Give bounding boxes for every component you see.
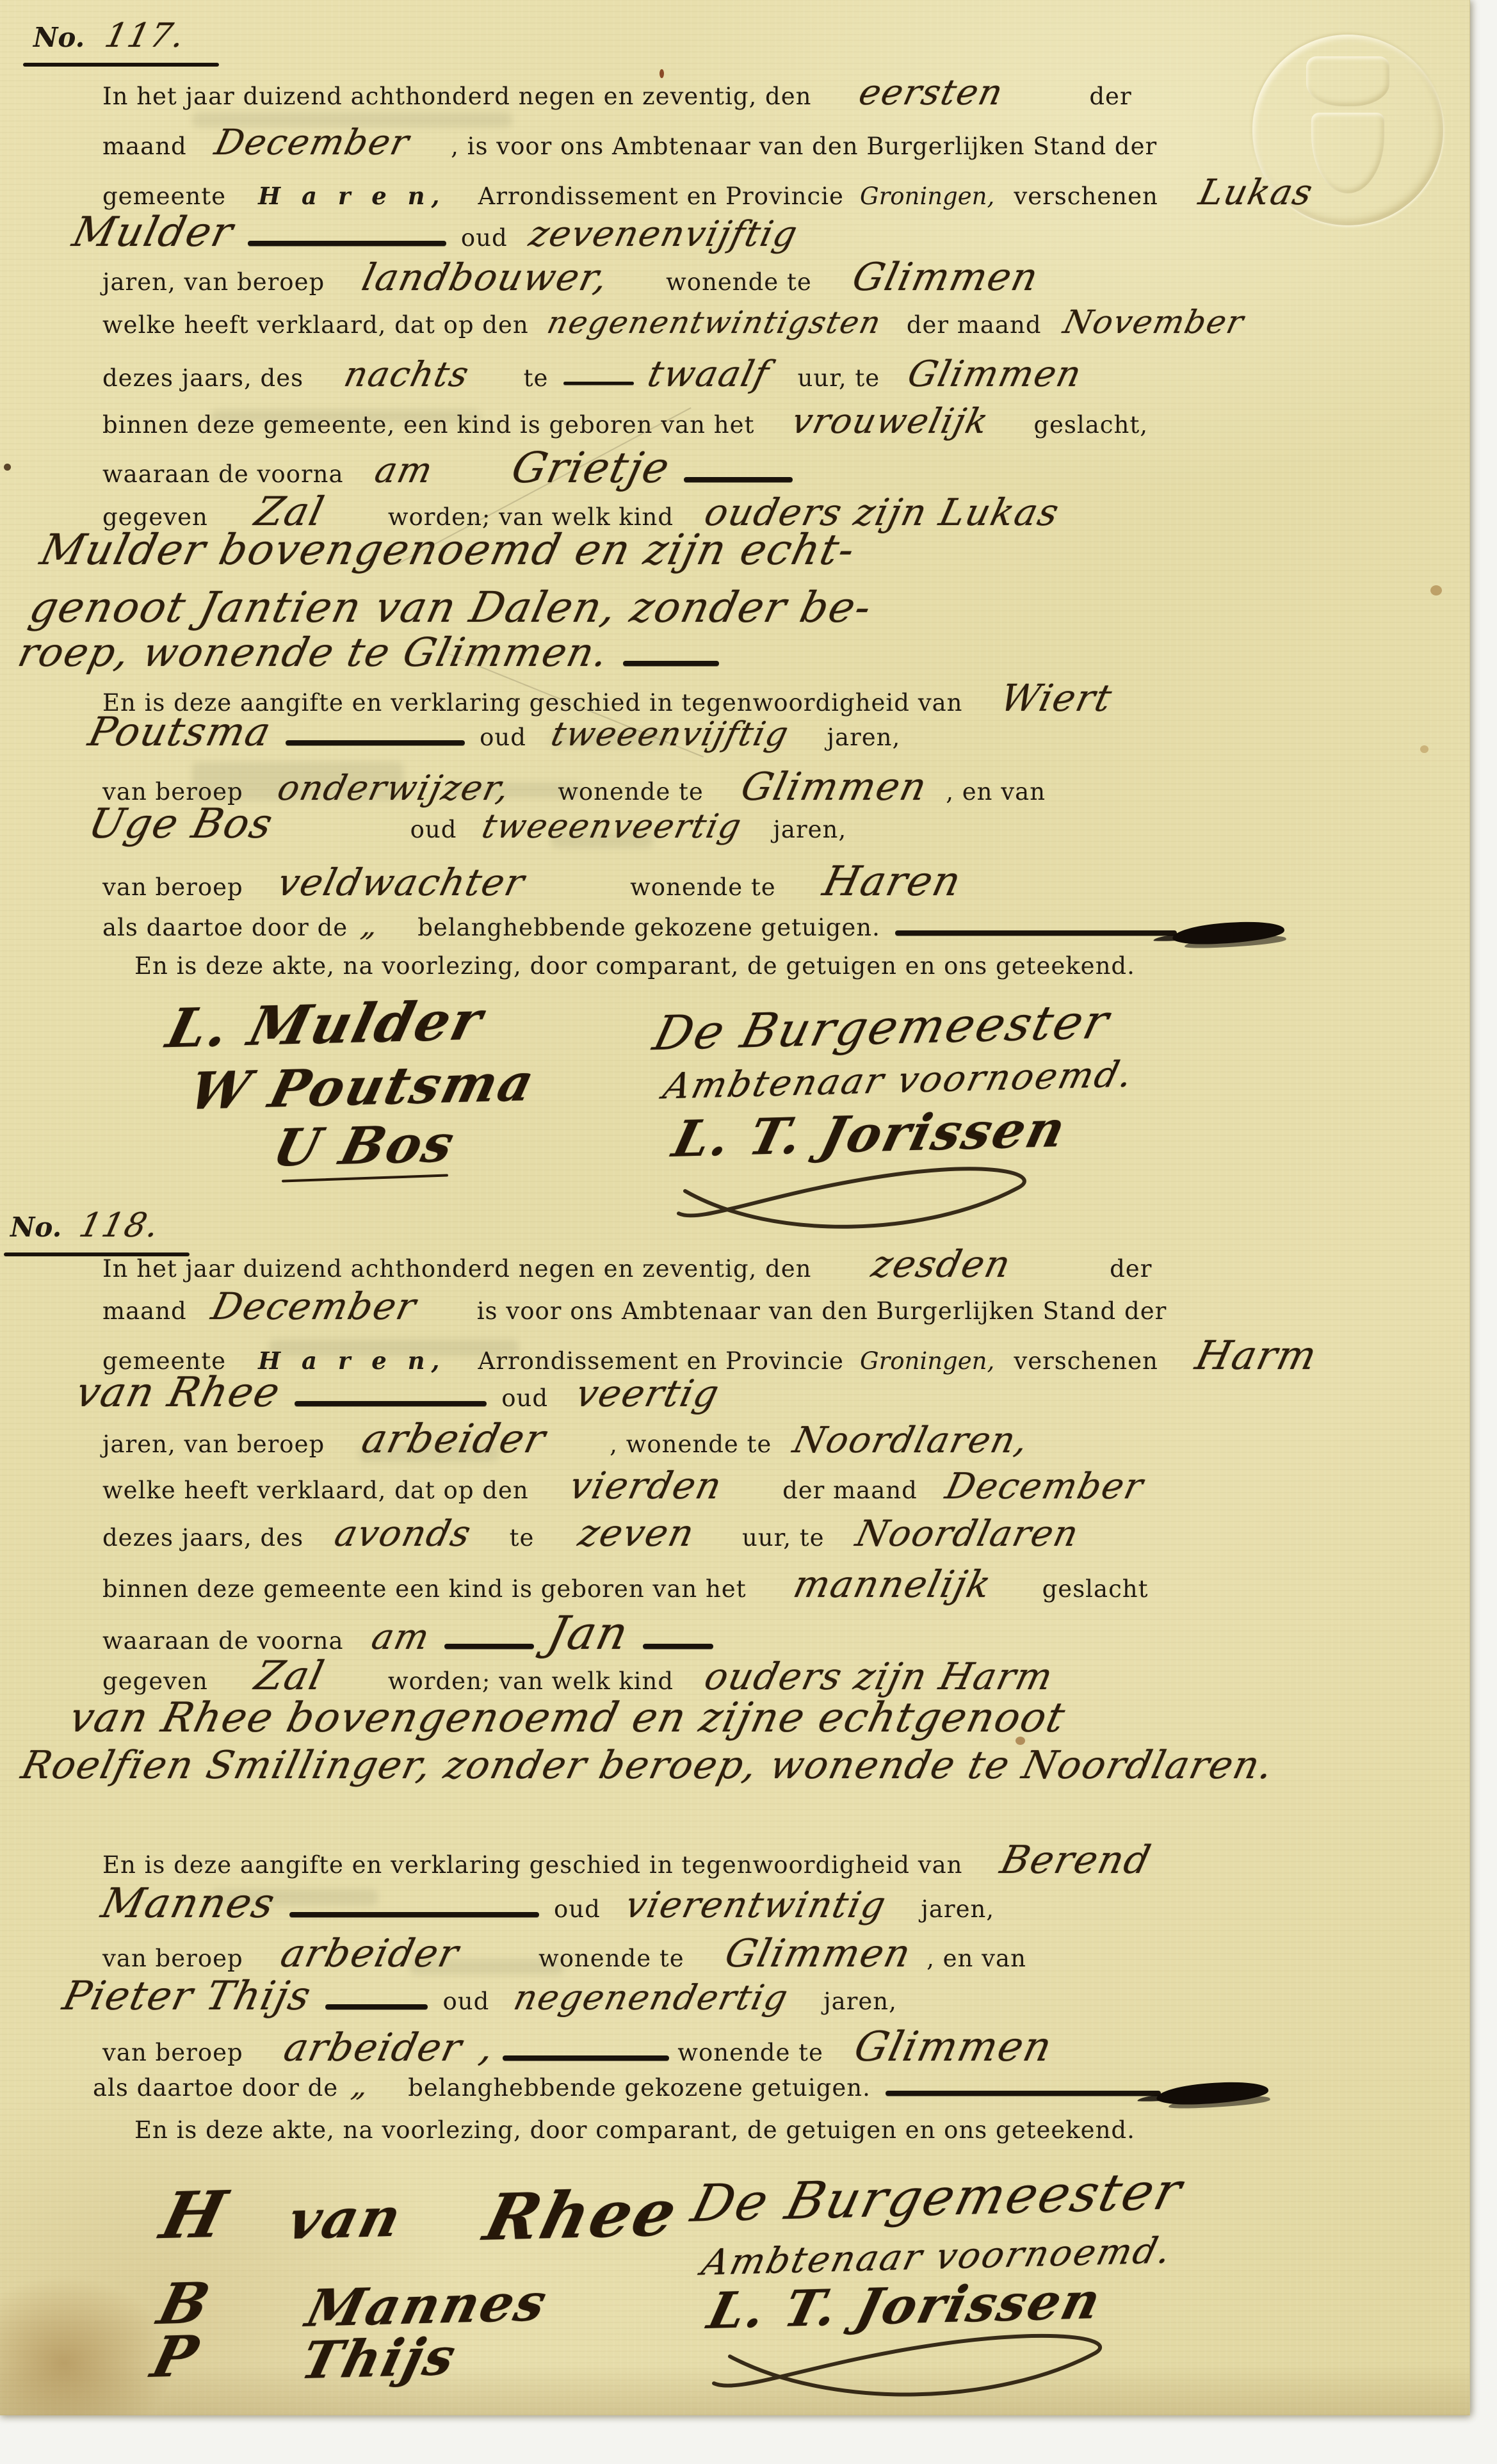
hand-declarant-surname: van Rhee: [71, 1369, 285, 1416]
record117-line5: jaren, van beroep landbouwer, wonende te…: [102, 255, 1038, 300]
printed-text: maand: [102, 1297, 187, 1325]
signature-declarant-118: H van Rhee: [163, 2177, 676, 2253]
record117-line13: roep, wonende te Glimmen.: [19, 629, 731, 676]
printed-text: der maand: [907, 311, 1042, 339]
hand-gender: mannelijk: [789, 1562, 996, 1606]
printed-text: dezes jaars, des: [102, 1524, 303, 1552]
record117-line8: binnen deze gemeente, een kind is gebore…: [102, 401, 1148, 441]
printed-text: maand: [102, 133, 187, 160]
ink-rule: [248, 241, 446, 246]
printed-text: geslacht: [1042, 1575, 1149, 1603]
seal-shield-icon: [1311, 113, 1384, 193]
printed-text: , is voor ons Ambtenaar van den Burgerli…: [451, 133, 1157, 160]
printed-text: gegeven: [102, 1667, 208, 1695]
record118-line1: In het jaar duizend achthonderd negen en…: [102, 1242, 1152, 1286]
hand-hour: zeven: [574, 1511, 699, 1555]
record117-line4: Mulder oud zevenenvijftig: [74, 209, 797, 256]
record117-line12: genoot Jantien van Dalen, zonder be-: [31, 583, 871, 632]
signature-declarant-117: L. Mulder: [170, 993, 481, 1056]
hand-birth-place: Noordlaren: [852, 1513, 1083, 1555]
hand-witness1-occupation: arbeider: [277, 1931, 464, 1976]
record-no-label: No.: [10, 1212, 61, 1243]
signature-witness2-118: P Thijs: [154, 2323, 455, 2390]
record117-line17: Uge Bos oud tweeenveertig jaren,: [90, 800, 846, 848]
hand-birth-place: Glimmen: [904, 353, 1087, 395]
printed-text: van beroep: [102, 1945, 243, 1972]
printed-text: als daartoe door de: [93, 2074, 338, 2102]
printed-text: uur, te: [742, 1524, 825, 1552]
record117-line18: van beroep veldwachter wonende te Haren: [102, 858, 960, 905]
signature-flourish: [692, 2324, 1140, 2414]
officer-subtitle-118: Ambtenaar voornoemd.: [704, 2236, 1170, 2278]
ink-rule: [684, 477, 793, 482]
scanned-document-page: No. 117. In het jaar duizend achthonderd…: [0, 0, 1497, 2464]
hand-day: eersten: [855, 72, 1007, 113]
hand-witness1-age: vierentwintig: [621, 1884, 890, 1926]
ink-rule: [643, 1644, 713, 1649]
signature-witness1-117: W Poutsma: [192, 1057, 533, 1117]
hand-witness2-name: Pieter Thijs: [59, 1972, 316, 2019]
record118-line17: van beroep arbeider , wonende te Glimmen: [102, 2023, 1052, 2071]
hand-month: December: [207, 1285, 421, 1328]
record118-line11: van Rhee bovengenoemd en zijne echtgenoo…: [70, 1694, 1065, 1742]
record117-line11: Mulder bovengenoemd en zijn echt-: [42, 525, 855, 574]
hand-occupation: arbeider: [358, 1415, 551, 1462]
hand-parents: Mulder bovengenoemd en zijn echt-: [36, 525, 861, 574]
printed-text: verschenen: [1014, 182, 1158, 210]
printed-province: Groningen,: [860, 1347, 994, 1375]
record117-line3: gemeente H a r e n, Arrondissement en Pr…: [102, 172, 1313, 213]
printed-text: der maand: [782, 1477, 918, 1504]
ink-blot: [1156, 2080, 1268, 2106]
hand-age: zevenenvijftig: [525, 213, 802, 254]
hand-hour: twaalf: [643, 353, 773, 395]
record117-line7: dezes jaars, des nachts te twaalf uur, t…: [102, 353, 1081, 395]
hand-witness1-firstname: Wiert: [996, 676, 1117, 720]
hand-witness2-occupation: veldwachter: [273, 861, 530, 904]
hand-witness2-residence: Haren: [818, 858, 966, 905]
printed-text: jaren,: [773, 816, 846, 843]
officer-title-118: De Burgemeester: [695, 2168, 1180, 2227]
record118-line8: binnen deze gemeente een kind is geboren…: [102, 1562, 1149, 1606]
printed-text: , wonende te: [610, 1431, 772, 1458]
hand-residence-close: roep, wonende te Glimmen.: [14, 629, 614, 676]
record118-line7: dezes jaars, des avonds te zeven uur, te…: [102, 1511, 1078, 1555]
hand-witness1-surname: Poutsma: [85, 708, 277, 755]
printed-text: geslacht,: [1033, 411, 1148, 439]
signature-flourish: [659, 1153, 1056, 1242]
hand-birth-day: negenentwintigsten: [544, 305, 885, 341]
record118-line14: Mannes oud vierentwintig jaren,: [102, 1880, 994, 1927]
printed-text: wonende te: [630, 873, 776, 901]
record-no-value: 118.: [76, 1206, 164, 1245]
printed-text: oud: [480, 724, 526, 751]
signature-witness2-117: U Bos: [275, 1115, 454, 1176]
hand-gender: vrouwelijk: [788, 401, 993, 441]
hand-witness2-age: negenendertig: [510, 1977, 793, 2018]
hand-witness1-firstname: Berend: [996, 1838, 1156, 1883]
hand-mother: genoot Jantien van Dalen, zonder be-: [25, 583, 877, 632]
ink-rule: [325, 2004, 428, 2009]
seal-crown-icon: [1306, 56, 1389, 106]
signature-rhee: Rhee: [478, 2175, 686, 2255]
printed-text: In het jaar duizend achthonderd negen en…: [102, 83, 811, 110]
printed-text: welke heeft verklaard, dat op den: [102, 311, 529, 339]
signature-initial-p: P: [145, 2322, 206, 2390]
signature-u-bos: U Bos: [268, 1113, 462, 1178]
hand-parents-start: ouders zijn Harm: [700, 1655, 1058, 1698]
officer-title-117: De Burgemeester: [656, 1000, 1108, 1055]
signature-l-mulder: L. Mulder: [161, 989, 490, 1060]
ink-rule: [286, 740, 465, 745]
hand-mother: Roelfien Smillinger, zonder beroep, wone…: [17, 1743, 1279, 1788]
printed-text: En is deze akte, na voorlezing, door com…: [134, 2116, 1135, 2144]
hand-child-name: Grietje: [507, 443, 675, 492]
ink-rule: [503, 2055, 669, 2061]
printed-text: te: [524, 364, 549, 392]
hand-time-of-day: nachts: [341, 354, 474, 394]
record118-line12: Roelfien Smillinger, zonder beroep, wone…: [22, 1743, 1274, 1788]
record118-line18: als daartoe door de „ belanghebbende gek…: [93, 2068, 1268, 2103]
printed-province: Groningen,: [860, 182, 994, 210]
record117-line19: als daartoe door de „ belanghebbende gek…: [102, 908, 1284, 943]
record118-line13: En is deze aangifte en verklaring geschi…: [102, 1838, 1150, 1883]
printed-text: als daartoe door de: [102, 914, 348, 941]
record117-line15: Poutsma oud tweeenvijftig jaren,: [90, 708, 900, 755]
record118-line4: van Rhee oud veertig: [77, 1369, 719, 1416]
printed-municipality: H a r e n,: [258, 182, 446, 210]
hand-text: Zal: [250, 1652, 329, 1699]
hand-time-of-day: avonds: [331, 1513, 476, 1555]
ink-blot: [1172, 920, 1284, 946]
fox-spot: [1420, 745, 1428, 753]
signature-w-poutsma: W Poutsma: [184, 1052, 542, 1121]
record117-line1: In het jaar duizend achthonderd negen en…: [102, 72, 1132, 113]
record118-number: No. 118.: [10, 1206, 159, 1245]
printed-text: belanghebbende gekozene getuigen.: [408, 2074, 871, 2102]
printed-text: dezes jaars, des: [102, 364, 303, 392]
paper-sheet: No. 117. In het jaar duizend achthonderd…: [0, 0, 1470, 2415]
hand-witness1-age: tweeenvijftig: [547, 715, 793, 754]
printed-text: gemeente: [102, 182, 226, 210]
printed-text: oud: [461, 224, 508, 252]
signature-thijs: Thijs: [296, 2326, 463, 2390]
hand-declarant-firstname: Harm: [1191, 1332, 1322, 1379]
ink-rule: [444, 1644, 534, 1649]
hand-comma: ,: [476, 2025, 499, 2070]
record118-line6: welke heeft verklaard, dat op den vierde…: [102, 1464, 1143, 1507]
hand-declarant-surname: Mulder: [68, 209, 238, 256]
hand-day: zesden: [868, 1242, 1016, 1286]
record117-line9: waaraan de voorna am Grietje: [102, 443, 804, 492]
printed-text: waaraan de voorna: [102, 460, 344, 488]
printed-text: oud: [554, 1895, 601, 1923]
printed-text: , en van: [946, 778, 1046, 806]
printed-text: binnen deze gemeente, een kind is gebore…: [102, 411, 754, 439]
printed-text: uur, te: [798, 364, 880, 392]
hand-witness2-age: tweeenveertig: [478, 807, 746, 846]
printed-text: der: [1110, 1255, 1152, 1283]
printed-text: En is deze aangifte en verklaring geschi…: [102, 1851, 963, 1879]
hand-birth-month: November: [1060, 304, 1248, 341]
hand-birth-day: vierden: [565, 1464, 727, 1507]
printed-text: waaraan de voorna: [102, 1627, 344, 1655]
hand-parents: van Rhee bovengenoemd en zijne echtgenoo…: [65, 1694, 1070, 1742]
record117-line6: welke heeft verklaard, dat op den negene…: [102, 304, 1243, 341]
hand-ambtenaar: Ambtenaar voornoemd.: [659, 1053, 1139, 1107]
header-underline: [23, 63, 219, 67]
hand-month: December: [211, 122, 414, 163]
record117-line20: En is deze akte, na voorlezing, door com…: [134, 953, 1135, 980]
hand-ditto-mark: „: [349, 2068, 373, 2103]
printed-text: van beroep: [102, 873, 243, 901]
printed-text: jaren,: [827, 724, 901, 751]
record118-line16: Pieter Thijs oud negenendertig jaren,: [64, 1972, 897, 2019]
printed-text: jaren,: [921, 1895, 994, 1923]
hand-residence: Glimmen: [848, 255, 1043, 300]
printed-text: En is deze akte, na voorlezing, door com…: [134, 952, 1135, 980]
printed-text: te: [510, 1524, 535, 1552]
hand-burgemeester: De Burgemeester: [648, 994, 1115, 1061]
record118-line19: En is deze akte, na voorlezing, door com…: [134, 2117, 1135, 2144]
printed-text: wonende te: [677, 2039, 823, 2066]
hand-occupation: landbouwer,: [358, 255, 613, 299]
fox-spot: [1430, 585, 1442, 596]
hand-burgemeester: De Burgemeester: [686, 2161, 1189, 2233]
ink-rule: [623, 661, 719, 666]
record-no-label: No.: [33, 22, 85, 53]
hand-residence: Noordlaren,: [789, 1420, 1033, 1461]
hand-declarant-firstname: Lukas: [1195, 172, 1318, 213]
printed-text: jaren, van beroep: [102, 1431, 325, 1458]
printed-text: oud: [501, 1384, 548, 1412]
record118-line15: van beroep arbeider wonende te Glimmen ,…: [102, 1931, 1026, 1976]
printed-text: is voor ons Ambtenaar van den Burgerlijk…: [477, 1297, 1167, 1325]
ink-rule: [563, 382, 634, 385]
printed-text: welke heeft verklaard, dat op den: [102, 1477, 529, 1504]
signature-initial-h: H: [154, 2176, 235, 2254]
printed-text: In het jaar duizend achthonderd negen en…: [102, 1255, 811, 1283]
printed-text: jaren, van beroep: [102, 268, 325, 296]
printed-text: binnen deze gemeente een kind is geboren…: [102, 1575, 747, 1603]
printed-text: oud: [410, 816, 457, 843]
printed-text: , en van: [927, 1945, 1026, 1972]
printed-text: Arrondissement en Provincie: [478, 182, 844, 210]
hand-text: am: [368, 1616, 434, 1657]
officer-subtitle-117: Ambtenaar voornoemd.: [666, 1060, 1132, 1101]
ink-rule: [289, 1912, 539, 1917]
hand-birth-month: December: [941, 1466, 1147, 1507]
printed-text: wonende te: [538, 1945, 684, 1972]
ink-rule: [895, 930, 1177, 936]
record118-line2: maand December is voor ons Ambtenaar van…: [102, 1285, 1167, 1328]
hand-text: am: [371, 450, 437, 490]
record118-line5: jaren, van beroep arbeider , wonende te …: [102, 1415, 1029, 1462]
printed-text: belanghebbende gekozene getuigen.: [417, 914, 880, 941]
record117-line2: maand December , is voor ons Ambtenaar v…: [102, 122, 1157, 163]
hand-witness2-residence: Glimmen: [850, 2023, 1057, 2071]
hand-witness2-name: Uge Bos: [84, 800, 278, 848]
printed-text: van beroep: [102, 2039, 243, 2066]
record-no-value: 117.: [101, 17, 190, 55]
hand-ditto-mark: „: [359, 908, 383, 943]
signature-van: van: [282, 2185, 409, 2252]
record117-number: No. 117.: [33, 17, 185, 55]
printed-text: wonende te: [666, 268, 812, 296]
printed-text: jaren,: [823, 1988, 897, 2015]
paper-speck: [4, 464, 11, 471]
hand-witness2-occupation: arbeider: [280, 2025, 467, 2070]
printed-text: der: [1089, 83, 1131, 110]
hand-witness1-surname: Mannes: [97, 1880, 280, 1927]
printed-text: verschenen: [1014, 1347, 1158, 1375]
ink-rule: [886, 2091, 1161, 2096]
printed-text: worden; van welk kind: [388, 1667, 674, 1695]
hand-witness1-residence: Glimmen: [721, 1931, 916, 1976]
hand-age: veertig: [572, 1372, 724, 1415]
ink-rule: [295, 1401, 487, 1406]
record118-line10: gegeven Zal worden; van welk kind ouders…: [102, 1652, 1053, 1699]
printed-text: oud: [443, 1988, 490, 2015]
